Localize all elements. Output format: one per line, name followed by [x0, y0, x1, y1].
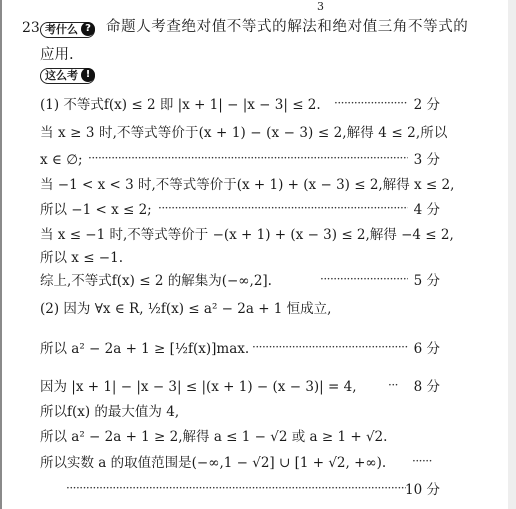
exclamation-icon: ! — [81, 68, 95, 82]
solution-line: (2) 因为 ∀x ∈ R, ½f(x) ≤ a² − 2a + 1 恒成立, — [40, 300, 331, 318]
leader-dots: ··· — [388, 378, 408, 392]
solution-line: 综上,不等式f(x) ≤ 2 的解集为(−∞,2]. — [40, 272, 272, 290]
solution-line: 当 −1 < x < 3 时,不等式等价于(x + 1) + (x − 3) ≤… — [40, 176, 454, 194]
score-label: 2 分 — [414, 96, 440, 114]
intro-text-line1: 命题人考查绝对值不等式的解法和绝对值三角不等式的 — [106, 18, 468, 36]
leader-dots: ········································… — [252, 340, 408, 354]
badge-label: 考什么 — [45, 23, 78, 36]
solution-line: 当 x ≥ 3 时,不等式等价于(x + 1) − (x − 3) ≤ 2,解得… — [40, 124, 447, 142]
viewer-margin — [508, 0, 516, 509]
score-label: 3 分 — [414, 151, 440, 169]
badge-what-is-tested: 考什么 ? — [40, 22, 95, 38]
leader-dots: ········································… — [66, 481, 406, 495]
badge-label: 这么考 — [45, 69, 78, 82]
score-label: 4 分 — [414, 201, 440, 219]
solution-line: 当 x ≤ −1 时,不等式等价于 −(x + 1) + (x − 3) ≤ 2… — [40, 226, 454, 244]
cut-off-previous-line: ′ ′ ′ ′ ′ ′ ′ ′ ′ ′ ′ — [42, 0, 462, 6]
leader-dots: ······ — [412, 454, 436, 468]
solution-line: 所以f(x) 的最大值为 4, — [40, 403, 179, 421]
solution-line: 所以 x ≤ −1. — [40, 249, 123, 267]
question-mark-icon: ? — [81, 22, 95, 36]
solution-line: 所以 −1 < x ≤ 2; — [40, 201, 152, 219]
solution-line: 所以 a² − 2a + 1 ≥ [½f(x)]max. — [40, 340, 249, 358]
solution-line: x ∈ ∅; — [40, 151, 83, 169]
score-label: 5 分 — [414, 272, 440, 290]
leader-dots: ································· — [334, 96, 408, 110]
badge-how-tested: 这么考 ! — [40, 68, 95, 84]
score-label: 6 分 — [414, 340, 440, 358]
cut-off-fragment: 3 — [317, 0, 324, 13]
leader-dots: ········································… — [158, 201, 408, 215]
solution-line: 因为 |x + 1| − |x − 3| ≤ |(x + 1) − (x − 3… — [40, 378, 357, 396]
solution-line: (1) 不等式f(x) ≤ 2 即 |x + 1| − |x − 3| ≤ 2. — [40, 96, 321, 114]
question-number: 23 — [22, 20, 40, 36]
scanned-page: ′ ′ ′ ′ ′ ′ ′ ′ ′ ′ ′ 3 23 考什么 ? 命题人考查绝对… — [0, 0, 508, 509]
leader-dots: ········································… — [88, 151, 408, 165]
leader-dots: ··································· — [320, 272, 408, 286]
solution-line: 所以 a² − 2a + 1 ≥ 2,解得 a ≤ 1 − √2 或 a ≥ 1… — [40, 428, 387, 446]
score-label: 8 分 — [414, 378, 440, 396]
solution-line: 所以实数 a 的取值范围是(−∞,1 − √2] ∪ [1 + √2, +∞). — [40, 454, 386, 472]
intro-text-line2: 应用. — [40, 46, 74, 64]
score-label: 10 分 — [405, 481, 440, 499]
